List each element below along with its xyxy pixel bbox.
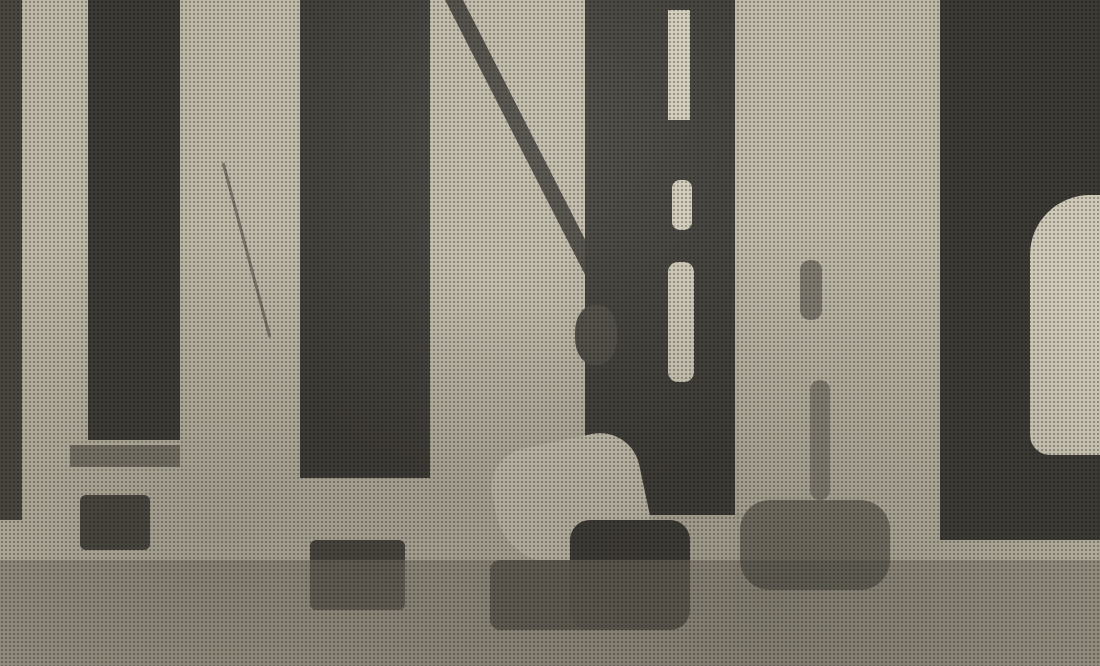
column-highlight-3 xyxy=(668,262,694,382)
doorway-1-block xyxy=(80,495,150,550)
wall-stain-1 xyxy=(800,260,822,320)
rubble-ground xyxy=(0,560,1100,666)
doorway-1-step xyxy=(70,445,180,467)
wall-stain-2 xyxy=(810,380,830,500)
wall-crack xyxy=(222,163,271,338)
rubble-dark-patch xyxy=(740,500,890,590)
right-figure-in-white xyxy=(1030,195,1100,455)
column-highlight-1 xyxy=(668,10,690,120)
column-highlight-2 xyxy=(672,180,692,230)
newspaper-photo xyxy=(0,0,1100,666)
diagonal-pole xyxy=(440,0,604,284)
left-edge-dark-post xyxy=(0,0,22,520)
dark-doorway-2 xyxy=(300,0,430,478)
dark-doorway-1 xyxy=(88,0,180,440)
figure-head xyxy=(575,305,617,365)
